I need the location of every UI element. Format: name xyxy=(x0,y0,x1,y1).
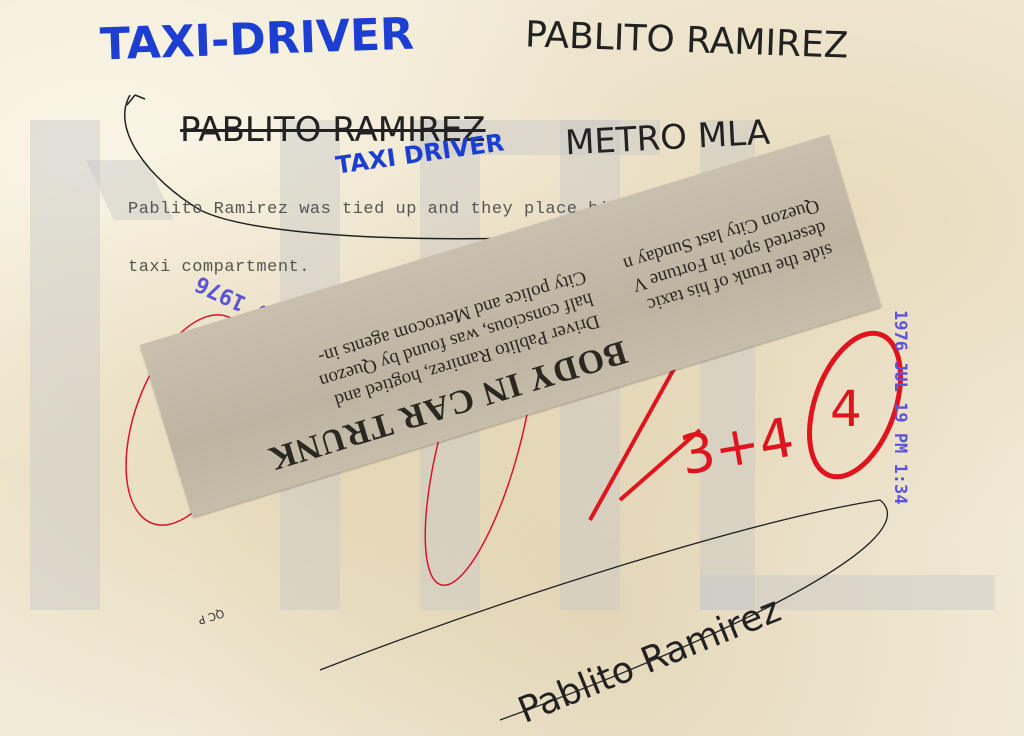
caption-line-2: taxi compartment. xyxy=(128,258,310,277)
crop-mark-circle: 4 xyxy=(830,380,862,438)
date-stamp-right: 1976 JUL 19 PM 1:34 xyxy=(890,310,910,550)
